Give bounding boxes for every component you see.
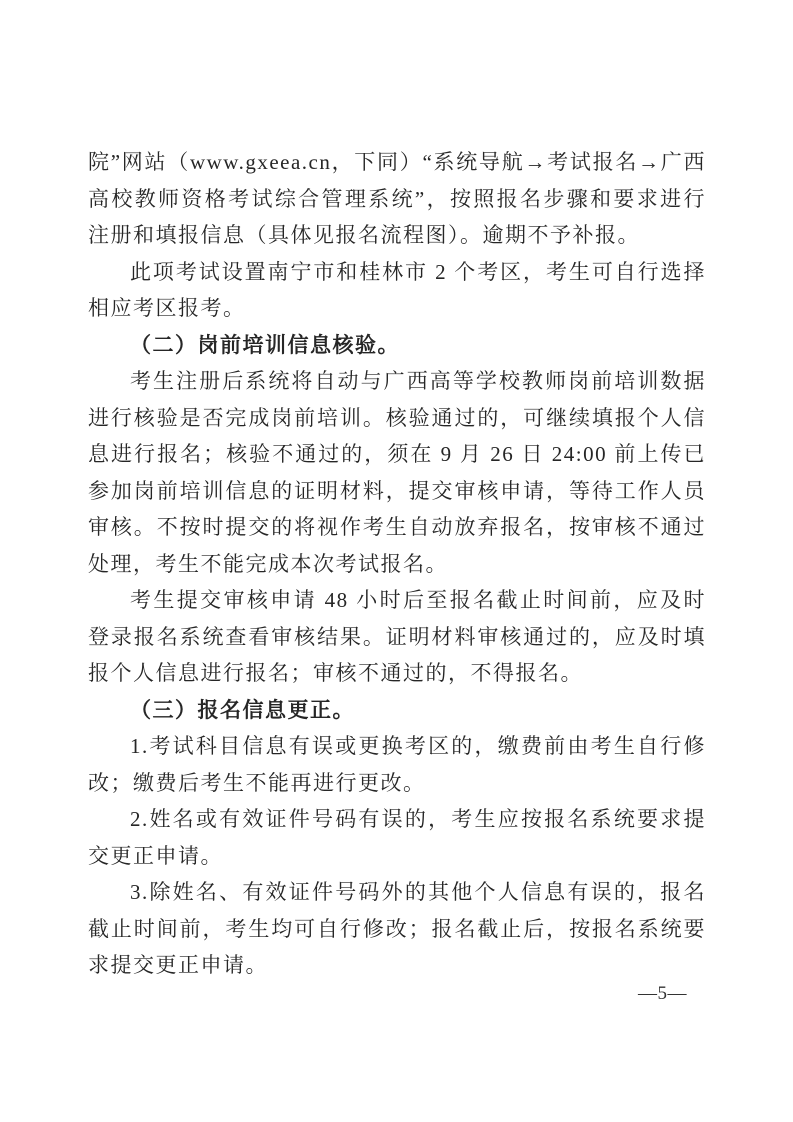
section-heading-info-correction: （三）报名信息更正。: [88, 692, 706, 729]
paragraph-exam-areas: 此项考试设置南宁市和桂林市 2 个考区，考生可自行选择相应考区报考。: [88, 254, 706, 327]
section-heading-pretraining-check: （二）岗前培训信息核验。: [88, 327, 706, 364]
paragraph-pretraining-verification: 考生注册后系统将自动与广西高等学校教师岗前培训数据进行核验是否完成岗前培训。核验…: [88, 363, 706, 582]
document-page: 院”网站（www.gxeea.cn，下同）“系统导航→考试报名→广西高校教师资格…: [0, 0, 793, 1122]
numbered-item-3: 3.除姓名、有效证件号码外的其他个人信息有误的，报名截止时间前，考生均可自行修改…: [88, 874, 706, 984]
numbered-item-1: 1.考试科目信息有误或更换考区的，缴费前由考生自行修改；缴费后考生不能再进行更改…: [88, 728, 706, 801]
paragraph-review-result: 考生提交审核申请 48 小时后至报名截止时间前，应及时登录报名系统查看审核结果。…: [88, 582, 706, 692]
numbered-item-2: 2.姓名或有效证件号码有误的，考生应按报名系统要求提交更正申请。: [88, 801, 706, 874]
document-body: 院”网站（www.gxeea.cn，下同）“系统导航→考试报名→广西高校教师资格…: [88, 144, 706, 984]
paragraph-registration-continuation: 院”网站（www.gxeea.cn，下同）“系统导航→考试报名→广西高校教师资格…: [88, 144, 706, 254]
page-number: —5—: [638, 983, 687, 1005]
